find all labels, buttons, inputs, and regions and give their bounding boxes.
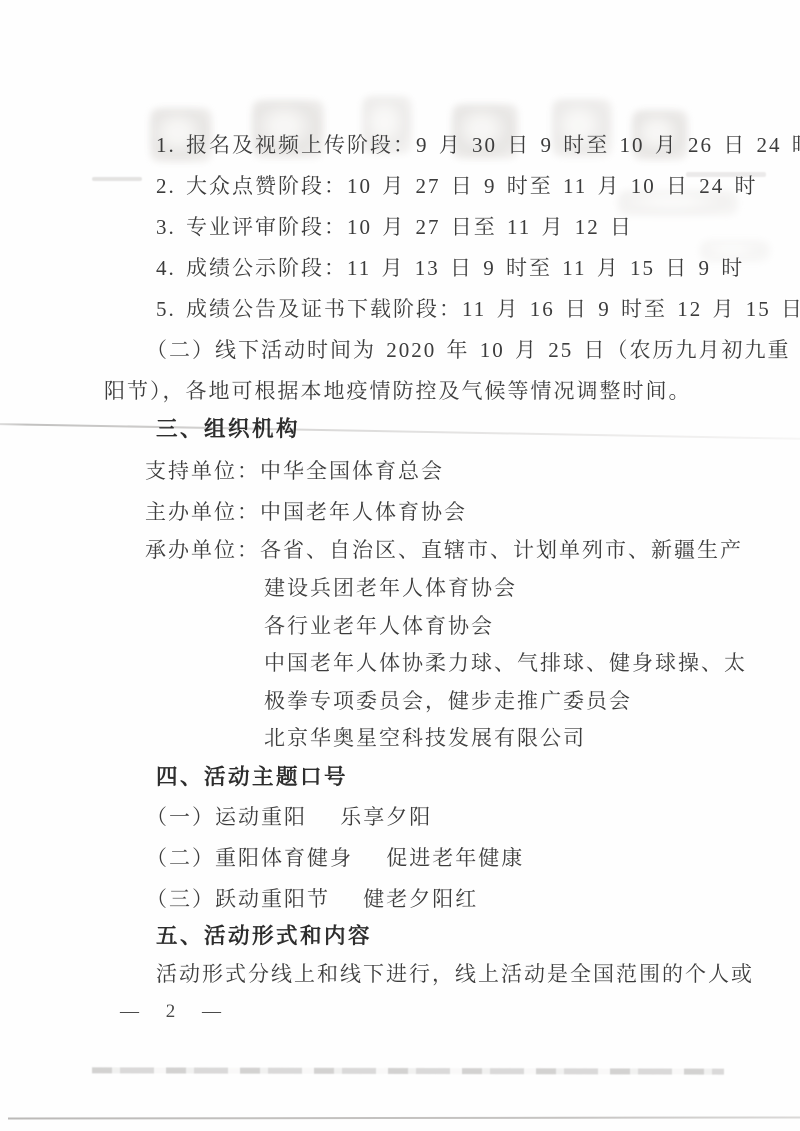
scan-crease-artifact — [0, 423, 800, 439]
schedule-item-5: 5. 成绩公告及证书下载阶段：11 月 16 日 9 时至 12 月 15 日 … — [156, 294, 800, 324]
scan-smudge-artifact — [92, 177, 142, 181]
org-organizer-unit-line-6: 北京华奥星空科技发展有限公司 — [264, 723, 586, 753]
schedule-item-1: 1. 报名及视频上传阶段：9 月 30 日 9 时至 10 月 26 日 24 … — [156, 130, 800, 160]
org-organizer-unit-line-5: 极拳专项委员会，健步走推广委员会 — [264, 686, 632, 716]
page-edge-shadow — [8, 1116, 800, 1119]
org-support-unit: 支持单位：中华全国体育总会 — [145, 456, 444, 486]
scan-streak-artifact — [92, 1067, 724, 1074]
document-page: 1. 报名及视频上传阶段：9 月 30 日 9 时至 10 月 26 日 24 … — [0, 0, 800, 1131]
slogan-1: （一）运动重阳 乐享夕阳 — [146, 802, 432, 832]
page-number: — 2 — — [120, 997, 223, 1027]
org-organizer-unit-line-1: 承办单位：各省、自治区、直辖市、计划单列市、新疆生产 — [145, 535, 743, 565]
heading-organization: 三、组织机构 — [156, 414, 300, 444]
schedule-item-3: 3. 专业评审阶段：10 月 27 日至 11 月 12 日 — [156, 212, 633, 242]
org-organizer-unit-line-4: 中国老年人体协柔力球、气排球、健身球操、太 — [264, 648, 747, 678]
schedule-item-2: 2. 大众点赞阶段：10 月 27 日 9 时至 11 月 10 日 24 时 — [156, 171, 757, 201]
org-host-unit: 主办单位：中国老年人体育协会 — [145, 497, 467, 527]
offline-time-paragraph-line-2: 阳节），各地可根据本地疫情防控及气候等情况调整时间。 — [104, 376, 692, 406]
heading-activity-format: 五、活动形式和内容 — [156, 921, 372, 951]
org-organizer-unit-line-3: 各行业老年人体育协会 — [264, 611, 494, 641]
org-organizer-unit-line-2: 建设兵团老年人体育协会 — [264, 573, 517, 603]
schedule-item-4: 4. 成绩公示阶段：11 月 13 日 9 时至 11 月 15 日 9 时 — [156, 253, 744, 283]
slogan-2: （二）重阳体育健身 促进老年健康 — [146, 843, 524, 873]
slogan-3: （三）跃动重阳节 健老夕阳红 — [146, 884, 478, 914]
offline-time-paragraph-line-1: （二）线下活动时间为 2020 年 10 月 25 日（农历九月初九重 — [146, 335, 791, 365]
activity-format-paragraph: 活动形式分线上和线下进行，线上活动是全国范围的个人或 — [156, 959, 754, 989]
heading-theme-slogans: 四、活动主题口号 — [156, 762, 348, 792]
